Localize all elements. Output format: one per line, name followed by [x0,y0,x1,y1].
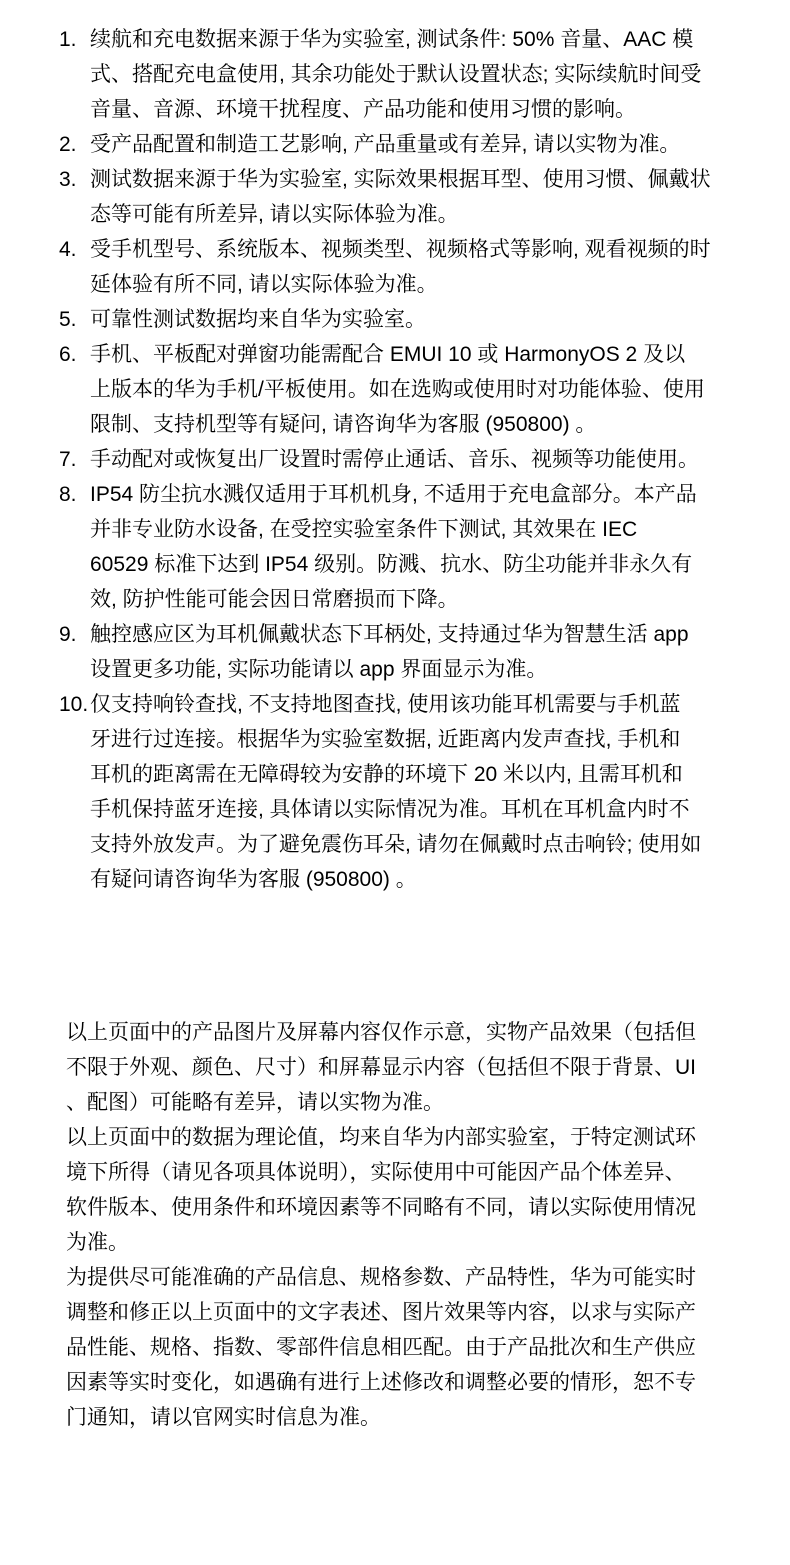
disclaimers-block: 以上页面中的产品图片及屏幕内容仅作示意，实物产品效果（包括但 不限于外观、颜色、… [66,1015,732,1435]
footnote-number: 5. [59,302,77,337]
footnotes-list: 1. 续航和充电数据来源于华为实验室, 测试条件: 50% 音量、AAC 模 式… [66,22,732,897]
footnote-text: 续航和充电数据来源于华为实验室, 测试条件: 50% 音量、AAC 模 式、搭配… [90,28,701,121]
footnote-item-2: 2. 受产品配置和制造工艺影响, 产品重量或有差异, 请以实物为准。 [66,127,732,162]
footnote-number: 7. [59,442,77,477]
footnote-item-5: 5. 可靠性测试数据均来自华为实验室。 [66,302,732,337]
footnote-text: 触控感应区为耳机佩戴状态下耳柄处, 支持通过华为智慧生活 app 设置更多功能,… [90,623,689,681]
disclaimer-page: 1. 续航和充电数据来源于华为实验室, 测试条件: 50% 音量、AAC 模 式… [0,0,790,1565]
footnote-number: 6. [59,337,77,372]
disclaimer-paragraph-data: 以上页面中的数据为理论值，均来自华为内部实验室，于特定测试环 境下所得（请见各项… [66,1120,732,1260]
footnote-text: 测试数据来源于华为实验室, 实际效果根据耳型、使用习惯、佩戴状 态等可能有所差异… [90,168,711,226]
footnote-number: 1. [59,22,77,57]
footnote-text: 手机、平板配对弹窗功能需配合 EMUI 10 或 HarmonyOS 2 及以 … [90,343,705,436]
footnote-item-9: 9. 触控感应区为耳机佩戴状态下耳柄处, 支持通过华为智慧生活 app 设置更多… [66,617,732,687]
footnote-number: 9. [59,617,77,652]
footnote-item-10: 10. 仅支持响铃查找, 不支持地图查找, 使用该功能耳机需要与手机蓝 牙进行过… [66,687,732,897]
footnote-text: IP54 防尘抗水溅仅适用于耳机机身, 不适用于充电盒部分。本产品 并非专业防水… [90,483,697,611]
footnote-number: 10. [59,687,88,722]
footnote-number: 3. [59,162,77,197]
footnote-number: 4. [59,232,77,267]
footnote-text: 受产品配置和制造工艺影响, 产品重量或有差异, 请以实物为准。 [90,133,680,156]
footnote-item-1: 1. 续航和充电数据来源于华为实验室, 测试条件: 50% 音量、AAC 模 式… [66,22,732,127]
footnote-number: 2. [59,127,77,162]
footnote-item-4: 4. 受手机型号、系统版本、视频类型、视频格式等影响, 观看视频的时 延体验有所… [66,232,732,302]
footnote-item-6: 6. 手机、平板配对弹窗功能需配合 EMUI 10 或 HarmonyOS 2 … [66,337,732,442]
footnote-item-7: 7. 手动配对或恢复出厂设置时需停止通话、音乐、视频等功能使用。 [66,442,732,477]
footnote-item-8: 8. IP54 防尘抗水溅仅适用于耳机机身, 不适用于充电盒部分。本产品 并非专… [66,477,732,617]
disclaimer-paragraph-updates: 为提供尽可能准确的产品信息、规格参数、产品特性，华为可能实时 调整和修正以上页面… [66,1260,732,1435]
footnote-number: 8. [59,477,77,512]
footnote-text: 仅支持响铃查找, 不支持地图查找, 使用该功能耳机需要与手机蓝 牙进行过连接。根… [90,693,701,891]
footnote-item-3: 3. 测试数据来源于华为实验室, 实际效果根据耳型、使用习惯、佩戴状 态等可能有… [66,162,732,232]
footnote-text: 可靠性测试数据均来自华为实验室。 [90,308,426,331]
footnote-text: 手动配对或恢复出厂设置时需停止通话、音乐、视频等功能使用。 [90,448,699,471]
footnote-text: 受手机型号、系统版本、视频类型、视频格式等影响, 观看视频的时 延体验有所不同,… [90,238,711,296]
disclaimer-paragraph-images: 以上页面中的产品图片及屏幕内容仅作示意，实物产品效果（包括但 不限于外观、颜色、… [66,1015,732,1120]
